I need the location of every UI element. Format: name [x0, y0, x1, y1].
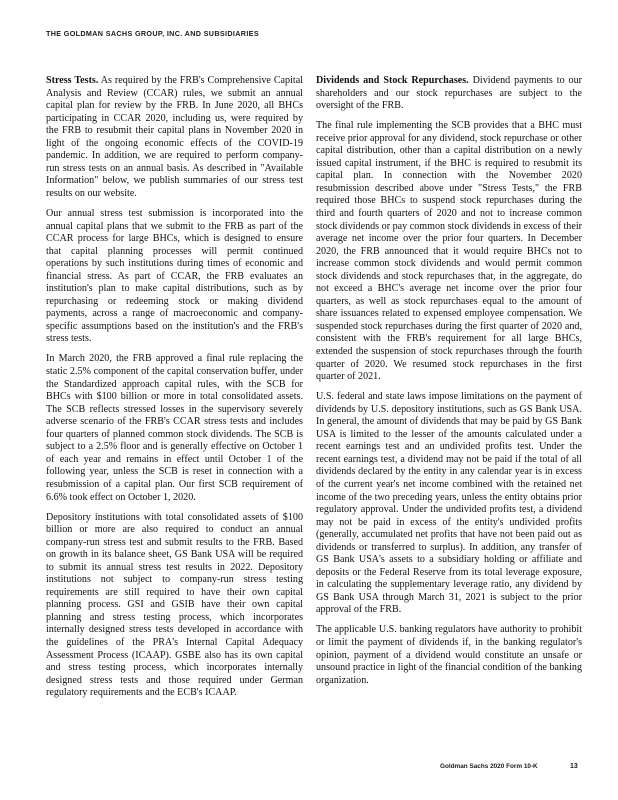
paragraph-body: The applicable U.S. banking regulators h… [316, 624, 582, 685]
paragraph-regulator-authority: The applicable U.S. banking regulators h… [316, 624, 582, 687]
page-number: 13 [570, 763, 578, 770]
paragraph-scb-rule: In March 2020, the FRB approved a final … [46, 353, 303, 504]
paragraph-scb-approval: The final rule implementing the SCB prov… [316, 120, 582, 383]
footer-form-label: Goldman Sachs 2020 Form 10-K [440, 763, 538, 770]
paragraph-body: Depository institutions with total conso… [46, 512, 303, 699]
right-text-column: Dividends and Stock Repurchases. Dividen… [316, 75, 582, 695]
paragraph-body: The final rule implementing the SCB prov… [316, 120, 582, 382]
paragraph-depository-stress-tests: Depository institutions with total conso… [46, 512, 303, 700]
running-header-title: The Goldman Sachs Group, Inc. and Subsid… [46, 29, 259, 38]
paragraph-dividends-repurchases: Dividends and Stock Repurchases. Dividen… [316, 75, 582, 113]
left-text-column: Stress Tests. As required by the FRB's C… [46, 75, 303, 707]
paragraph-dividend-limitations: U.S. federal and state laws impose limit… [316, 391, 582, 617]
paragraph-stress-tests: Stress Tests. As required by the FRB's C… [46, 75, 303, 200]
paragraph-lead-heading: Dividends and Stock Repurchases. [316, 75, 469, 86]
paragraph-body: In March 2020, the FRB approved a final … [46, 353, 303, 502]
paragraph-lead-heading: Stress Tests. [46, 75, 98, 86]
paragraph-ccar-submission: Our annual stress test submission is inc… [46, 208, 303, 346]
paragraph-body: As required by the FRB's Comprehensive C… [46, 75, 303, 199]
paragraph-body: U.S. federal and state laws impose limit… [316, 391, 582, 615]
paragraph-body: Our annual stress test submission is inc… [46, 208, 303, 344]
